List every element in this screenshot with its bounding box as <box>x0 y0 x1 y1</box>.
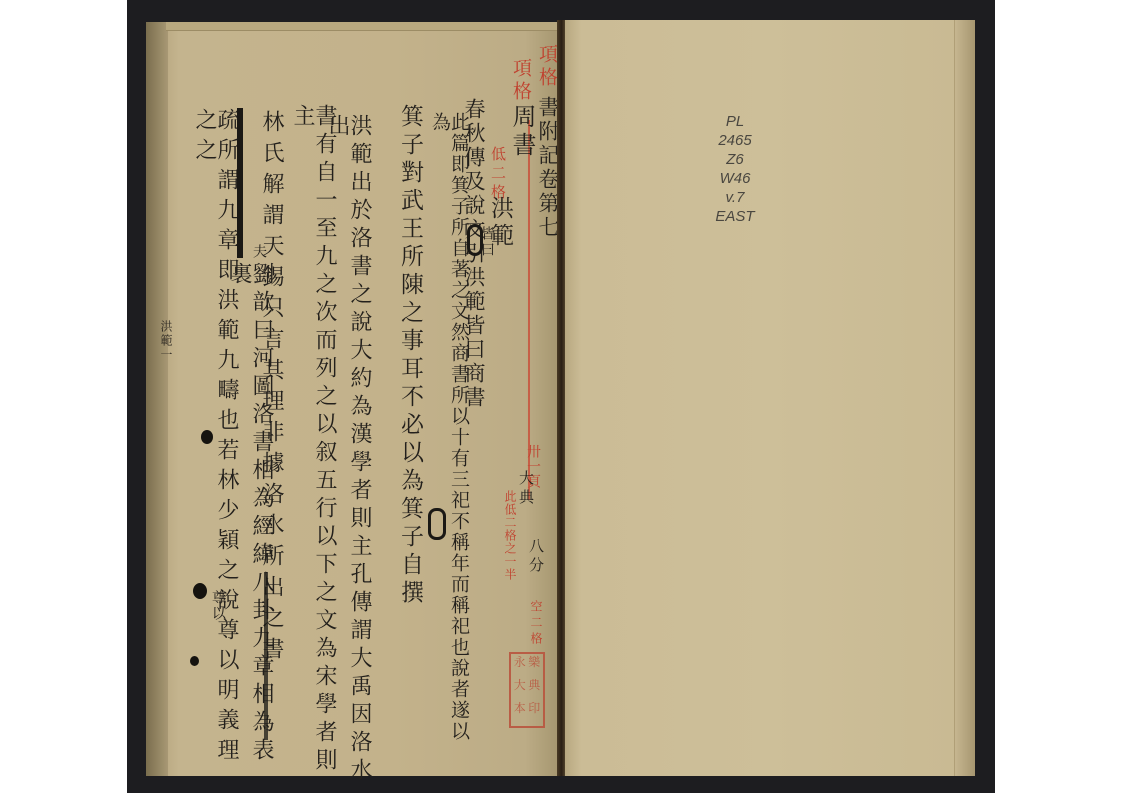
circled-correction <box>467 224 483 256</box>
ink-blot <box>193 583 207 599</box>
text-column-5: 書有自一至九之次而列之以叙五行以下之文為宋學者則主 <box>291 104 335 793</box>
red-indent-note: 低二格 <box>490 146 505 203</box>
call-number-line: v.7 <box>700 188 770 207</box>
ink-blot <box>190 656 199 666</box>
call-number-line: W46 <box>700 169 770 188</box>
circled-correction <box>428 508 446 540</box>
library-call-number: PL 2465 Z6 W46 v.7 EAST <box>700 112 770 226</box>
text-column-3: 箕子對武王所陳之事耳不必以為箕子自撰 <box>398 104 421 608</box>
subtitle: 周書 <box>510 104 534 160</box>
seal-glyph: 印 <box>528 702 542 724</box>
red-page-note: 空二格 <box>530 600 542 648</box>
red-margin-line <box>528 120 530 500</box>
inserted-note: 尊以 <box>211 590 225 622</box>
right-page-edge <box>954 20 975 776</box>
text-column-2: 此篇即箕子所自著之文然商書所以十有三祀不稱年而稱祀也說者遂以為 <box>430 112 468 752</box>
header-red-mark-2: 項格 <box>511 58 530 104</box>
header-red-mark: 項格 <box>537 44 556 90</box>
left-page-top-edge <box>166 22 558 31</box>
seal-glyph: 本 <box>513 702 527 724</box>
seal-glyph: 典 <box>528 679 542 701</box>
volume-title: 書附記卷第七 <box>537 96 558 240</box>
seal-glyph: 樂 <box>528 656 542 678</box>
library-seal: 永 樂 大 典 本 印 <box>509 652 545 728</box>
call-number-line: Z6 <box>700 150 770 169</box>
margin-section-label: 洪範一 <box>158 320 175 362</box>
strikethrough-mark <box>264 572 268 740</box>
call-number-line: EAST <box>700 207 770 226</box>
left-page-edge <box>146 22 168 776</box>
call-number-line: 2465 <box>700 131 770 150</box>
inserted-note: 夫 <box>252 244 266 260</box>
right-page <box>565 20 975 776</box>
call-number-line: PL <box>700 112 770 131</box>
seal-glyph: 永 <box>513 656 527 678</box>
black-note: 八分 <box>528 538 543 576</box>
black-note: 大典 <box>518 470 533 508</box>
ink-blot <box>201 430 213 444</box>
seal-glyph: 大 <box>513 679 527 701</box>
strikethrough-mark <box>237 108 243 258</box>
red-page-note: 此低二格之一半 <box>504 490 516 581</box>
text-column-8: 疏所謂九章即洪範九疇也若林少穎之說尊以明義理之之 <box>193 108 237 793</box>
